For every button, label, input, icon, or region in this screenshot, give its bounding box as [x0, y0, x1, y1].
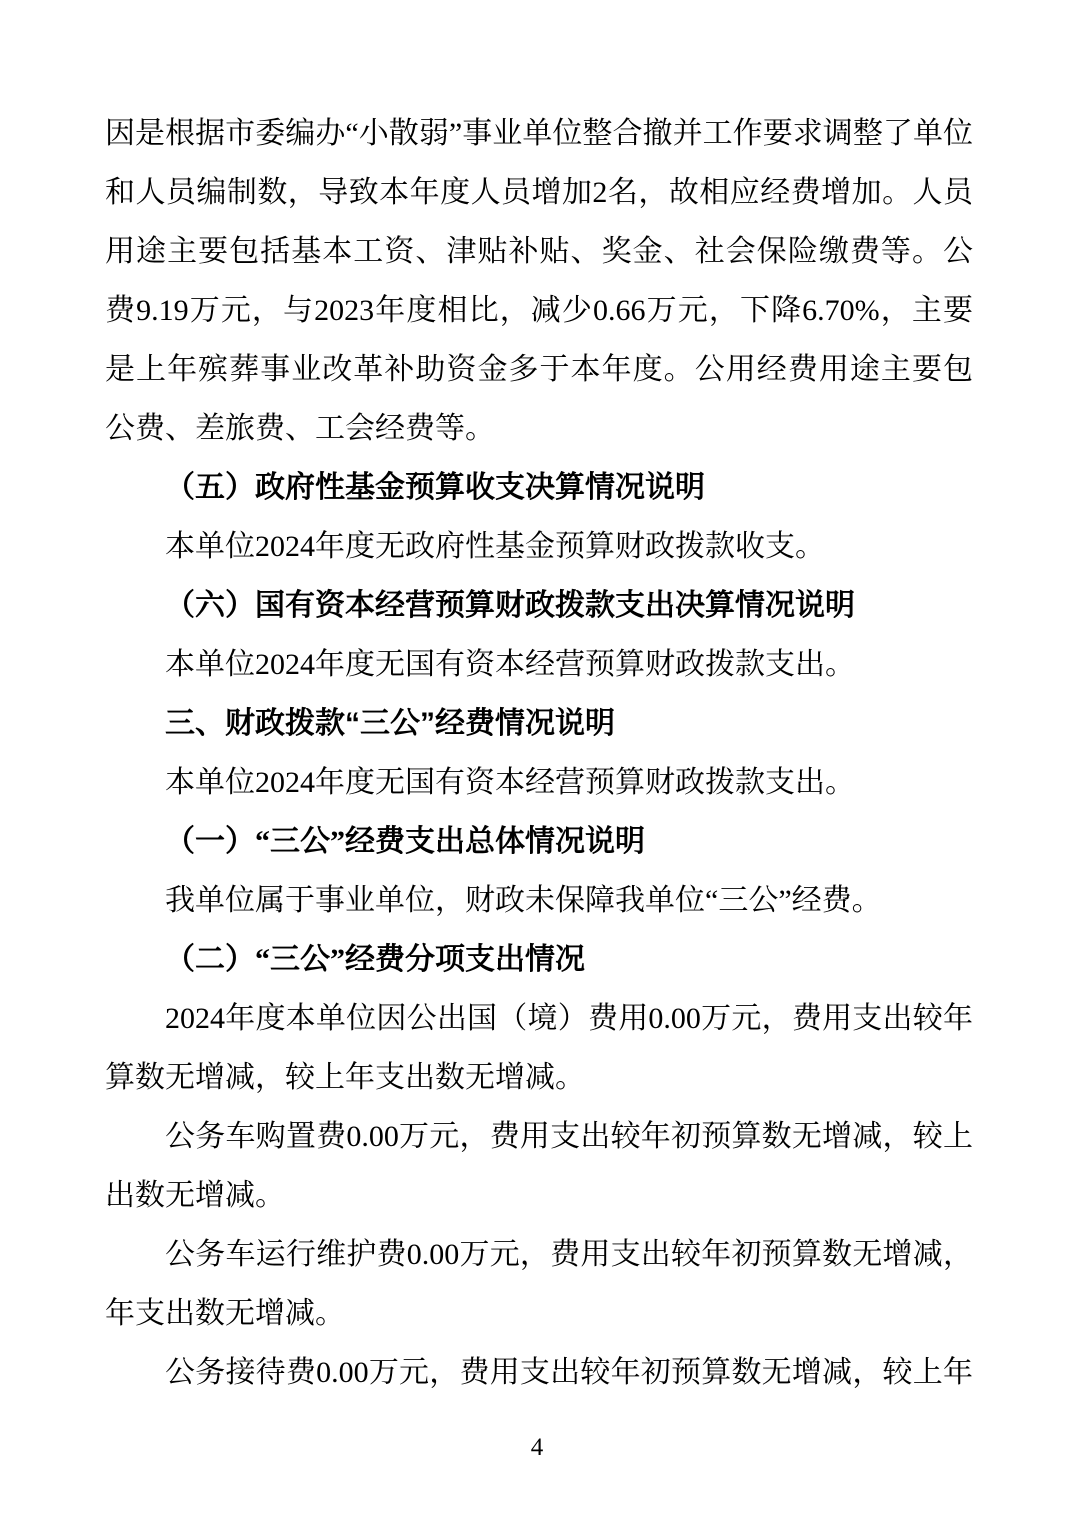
text-line: 本单位2024年度无国有资本经营预算财政拨款支出。: [105, 635, 973, 694]
text-line: 出数无增减。: [105, 1166, 973, 1225]
section-heading: 三、财政拨款“三公”经费情况说明: [105, 694, 973, 753]
text-line: 公务车运行维护费0.00万元，费用支出较年初预算数无增减，较上: [105, 1225, 973, 1284]
text-line: 本单位2024年度无政府性基金预算财政拨款收支。: [105, 517, 973, 576]
text-line: 我单位属于事业单位，财政未保障我单位“三公”经费。: [105, 871, 973, 930]
section-heading: （五）政府性基金预算收支决算情况说明: [105, 458, 973, 517]
text-line: 年支出数无增减。: [105, 1284, 973, 1343]
text-line: 和人员编制数，导致本年度人员增加2名，故相应经费增加。人员经费: [105, 163, 973, 222]
section-heading: （二）“三公”经费分项支出情况: [105, 930, 973, 989]
page-content: 因是根据市委编办“小散弱”事业单位整合撤并工作要求调整了单位和人员编制数，导致本…: [105, 104, 973, 1402]
text-line: 因是根据市委编办“小散弱”事业单位整合撤并工作要求调整了单位: [105, 104, 973, 163]
text-line: 用途主要包括基本工资、津贴补贴、奖金、社会保险缴费等。公用经: [105, 222, 973, 281]
text-line: 2024年度本单位因公出国（境）费用0.00万元，费用支出较年初预: [105, 989, 973, 1048]
page-number: 4: [0, 1434, 1074, 1462]
text-line: 费9.19万元，与2023年度相比，减少0.66万元，下降6.70%，主要原因: [105, 281, 973, 340]
text-line: 本单位2024年度无国有资本经营预算财政拨款支出。: [105, 753, 973, 812]
text-line: 公务车购置费0.00万元，费用支出较年初预算数无增减，较上年支: [105, 1107, 973, 1166]
text-line: 算数无增减，较上年支出数无增减。: [105, 1048, 973, 1107]
text-line: 是上年殡葬事业改革补助资金多于本年度。公用经费用途主要包括办: [105, 340, 973, 399]
document-page: 因是根据市委编办“小散弱”事业单位整合撤并工作要求调整了单位和人员编制数，导致本…: [0, 0, 1074, 1520]
text-line: 公务接待费0.00万元，费用支出较年初预算数无增减，较上年支出: [105, 1343, 973, 1402]
text-line: 公费、差旅费、工会经费等。: [105, 399, 973, 458]
section-heading: （六）国有资本经营预算财政拨款支出决算情况说明: [105, 576, 973, 635]
section-heading: （一）“三公”经费支出总体情况说明: [105, 812, 973, 871]
